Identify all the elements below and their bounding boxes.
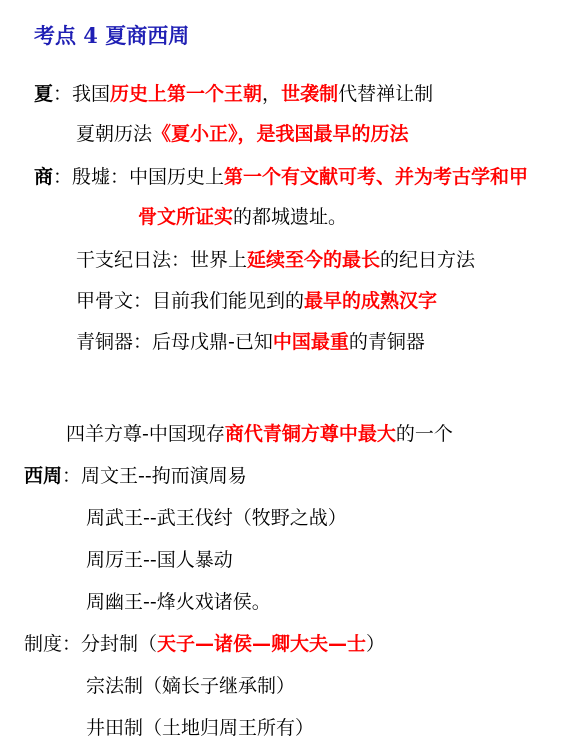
zhou-line-3: 周厉王--国人暴动 (86, 548, 233, 572)
shang-line-4: 甲骨文：目前我们能见到的最早的成熟汉字 (76, 289, 437, 313)
text: 夏朝历法 (76, 123, 152, 145)
xia-line-1: 夏：我国历史上第一个王朝，世袭制代替禅让制 (34, 82, 433, 106)
text: 的一个 (396, 423, 453, 445)
highlight: 中国最重 (273, 331, 349, 353)
text: ） (366, 633, 385, 655)
shang-label: 商 (34, 166, 53, 188)
system-line-3: 井田制（土地归周王所有） (86, 716, 314, 740)
system-label: 制度： (24, 633, 81, 655)
text: ， (262, 83, 281, 105)
text: 的纪日方法 (380, 249, 475, 271)
highlight: 最早的成熟汉字 (304, 290, 437, 312)
text: 的青铜器 (349, 331, 425, 353)
text: ：我国 (53, 83, 110, 105)
zhou-line-1: 西周：周文王--拘而演周易 (24, 464, 247, 488)
system-line-1: 制度：分封制（天子—诸侯—卿大夫—士） (24, 632, 385, 656)
highlight: 骨文所证实 (138, 206, 233, 228)
shang-line-5: 青铜器：后母戊鼎-已知中国最重的青铜器 (76, 330, 425, 354)
zhou-line-2: 周武王--武王伐纣（牧野之战） (86, 506, 347, 530)
zhou-label: 西周 (24, 465, 62, 487)
shang-line-6: 四羊方尊-中国现存商代青铜方尊中最大的一个 (66, 422, 453, 446)
text: ：周文王--拘而演周易 (62, 465, 247, 487)
text: 代替禅让制 (338, 83, 433, 105)
zhou-line-4: 周幽王--烽火戏诸侯。 (86, 590, 271, 614)
highlight: 世袭制 (281, 83, 338, 105)
highlight: 延续至今的最长 (247, 249, 380, 271)
highlight: 《夏小正》，是我国最早的历法 (152, 123, 409, 145)
highlight: 天子—诸侯—卿大夫—士 (157, 633, 366, 655)
text: 干支纪日法：世界上 (76, 249, 247, 271)
highlight: 第一个有文献可考、并为考古学和甲 (224, 166, 528, 188)
xia-label: 夏 (34, 83, 53, 105)
xia-line-2: 夏朝历法《夏小正》，是我国最早的历法 (76, 122, 409, 146)
system-line-2: 宗法制（嫡长子继承制） (86, 674, 295, 698)
highlight: 商代青铜方尊中最大 (225, 423, 396, 445)
shang-line-1: 商：殷墟：中国历史上第一个有文献可考、并为考古学和甲 (34, 165, 528, 189)
text: ：殷墟：中国历史上 (53, 166, 224, 188)
text: 甲骨文：目前我们能见到的 (76, 290, 304, 312)
shang-line-2: 骨文所证实的都城遗址。 (138, 205, 347, 229)
text: 青铜器：后母戊鼎-已知 (76, 331, 273, 353)
page-title: 考点 4 夏商西周 (34, 20, 189, 50)
shang-line-3: 干支纪日法：世界上延续至今的最长的纪日方法 (76, 248, 475, 272)
text: 四羊方尊-中国现存 (66, 423, 225, 445)
highlight: 历史上第一个王朝 (110, 83, 262, 105)
text: 分封制（ (81, 633, 157, 655)
text: 的都城遗址。 (233, 206, 347, 228)
